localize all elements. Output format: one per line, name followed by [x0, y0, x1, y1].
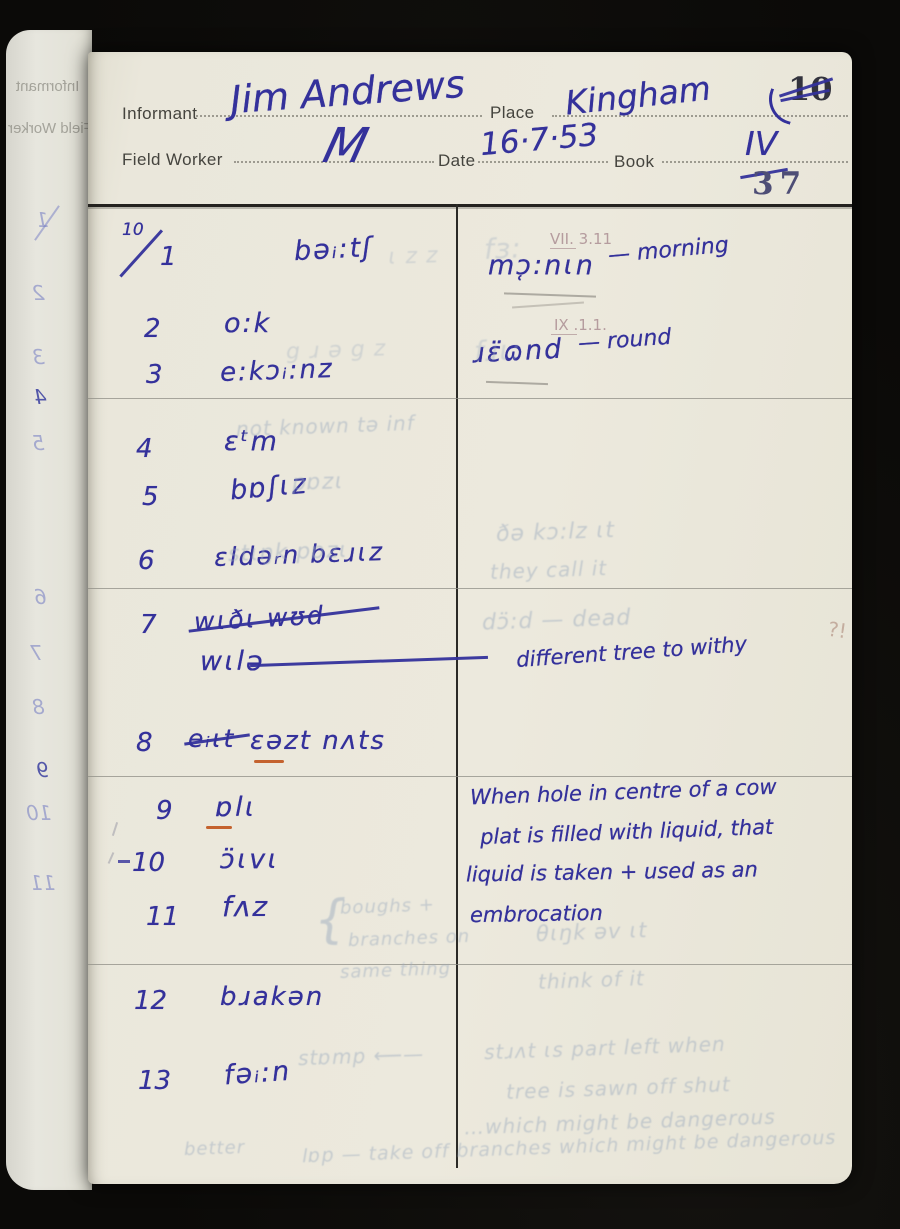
- margin-number: 3: [32, 345, 45, 369]
- bleedthrough-text: better: [184, 1137, 246, 1160]
- table-top-rule: [88, 204, 852, 207]
- date-value: 16·7·53: [479, 117, 600, 163]
- bleedthrough-text: think of it: [538, 966, 646, 994]
- entry-1-prefix: 10: [122, 220, 144, 240]
- grey-underline: [504, 292, 596, 297]
- grey-underline: [486, 381, 548, 385]
- margin-number: 6: [34, 585, 47, 609]
- margin-number: 11: [30, 871, 55, 895]
- orange-underline: [206, 826, 232, 829]
- margin-number: 1: [36, 208, 49, 232]
- entry-number: 8: [136, 728, 153, 758]
- bleedthrough-text: ɩ z z: [388, 243, 439, 270]
- mirrored-informant-label: Informant: [16, 78, 79, 95]
- pencil-tick: [112, 822, 118, 836]
- note-paragraph-line: plat is filled with liquid, that: [480, 815, 774, 849]
- pencil-tick: [108, 852, 115, 864]
- entry-number: 5: [142, 482, 159, 512]
- book-value: IV: [745, 124, 777, 163]
- bleedthrough-text: stɩŋk pɒzɩ: [228, 538, 349, 567]
- pen-dash: [118, 860, 130, 863]
- grey-underline: [512, 301, 584, 308]
- previous-page-edge: Informant Field Worker 1 2 3 4 5 6 7 8 9…: [6, 30, 92, 1190]
- bleedthrough-text: not known tə inf: [236, 411, 416, 441]
- orange-underline: [254, 760, 284, 763]
- page-number-stamp: 37: [752, 166, 807, 202]
- entry-number: 1: [160, 242, 177, 272]
- entry-response: wɩlə: [200, 646, 265, 677]
- note-remark: different tree to withy: [515, 632, 747, 672]
- entry-number: 7: [140, 610, 157, 640]
- note-gloss: — round: [577, 325, 672, 356]
- field-worker-signature: M: [318, 118, 373, 174]
- entry-number: 12: [134, 986, 167, 1016]
- table-row-rule: [88, 588, 852, 589]
- note-paragraph-line: When hole in centre of a cow: [470, 775, 777, 810]
- table-row-rule: [88, 398, 852, 399]
- mirrored-fieldworker-label: Field Worker: [8, 120, 93, 137]
- margin-number: 5: [32, 431, 45, 455]
- entry-response: fəᵢ:n: [223, 1056, 292, 1092]
- entry-response: ɛəzt nʌts: [250, 726, 386, 756]
- note-gloss: — morning: [607, 233, 730, 268]
- entry-struck-response: wɩðɩ wʊd: [193, 601, 325, 637]
- reference-underline: [550, 248, 576, 249]
- bleedthrough-text: tree is sawn off shut: [506, 1072, 731, 1104]
- entry-response: bəᵢ:tʃ: [293, 232, 374, 267]
- bleedthrough-text: θɩŋk əv ɩt: [536, 918, 648, 946]
- place-label: Place: [490, 103, 535, 123]
- bleedthrough-text: same thing: [340, 958, 452, 983]
- margin-number: 9: [36, 758, 49, 782]
- bleedthrough-text: stɒmp ⟵—: [298, 1042, 425, 1070]
- margin-number: 4: [34, 385, 47, 409]
- bleedthrough-text: boughs +: [340, 894, 436, 918]
- entry-response: ɒlɩ: [216, 792, 257, 823]
- bleedthrough-text: g ɹ ə g z: [286, 336, 387, 364]
- questionnaire-reference: VII. 3.11: [550, 230, 612, 248]
- book-label: Book: [614, 152, 654, 172]
- entry-response: ɔ̈ɩvɩ: [220, 844, 280, 875]
- entry-number: 4: [136, 434, 153, 464]
- field-worker-label: Field Worker: [122, 150, 223, 170]
- photograph-backdrop: Informant Field Worker 1 2 3 4 5 6 7 8 9…: [0, 0, 900, 1229]
- entry-number: 2: [144, 314, 161, 344]
- note-paragraph-line: liquid is taken + used as an: [466, 857, 758, 886]
- entry-response: fʌz: [222, 890, 269, 923]
- notebook-page: Informant Jim Andrews Place Kingham Fiel…: [88, 52, 852, 1184]
- entry-response: o:k: [224, 308, 271, 339]
- bleedthrough-text: they call it: [490, 556, 608, 584]
- bleedthrough-text: fɹɩ:: [473, 333, 521, 368]
- bleedthrough-text: ðə kɔ:lz ɩt: [496, 518, 616, 547]
- entry-number: 3: [146, 360, 163, 390]
- margin-number: 8: [32, 695, 45, 719]
- bleedthrough-text: fɜ:: [483, 231, 522, 265]
- entry-response: bɹakən: [220, 982, 324, 1012]
- date-label: Date: [438, 151, 476, 171]
- connector-dash: [250, 656, 488, 667]
- margin-number: 7: [30, 641, 43, 665]
- margin-number: 2: [32, 281, 45, 305]
- entry-number: 6: [138, 546, 155, 576]
- bleedthrough-text: dɔ̈:d — dead: [482, 605, 632, 635]
- entry-number: 9: [156, 796, 173, 826]
- margin-number: 10: [26, 801, 51, 825]
- informant-label: Informant: [122, 104, 197, 124]
- table-row-rule: [88, 964, 852, 965]
- entry-number: 13: [138, 1066, 171, 1096]
- bleedthrough-text: pɒzɩ: [292, 469, 345, 496]
- bleedthrough-text: stɹʌt ɩs part left when: [484, 1032, 726, 1064]
- entry-number: 11: [146, 902, 179, 932]
- table-column-divider: [456, 204, 458, 1168]
- bleedthrough-text: branches on: [348, 926, 471, 951]
- entry-number: 10: [132, 848, 165, 878]
- pencil-query-mark: ?!: [826, 617, 848, 643]
